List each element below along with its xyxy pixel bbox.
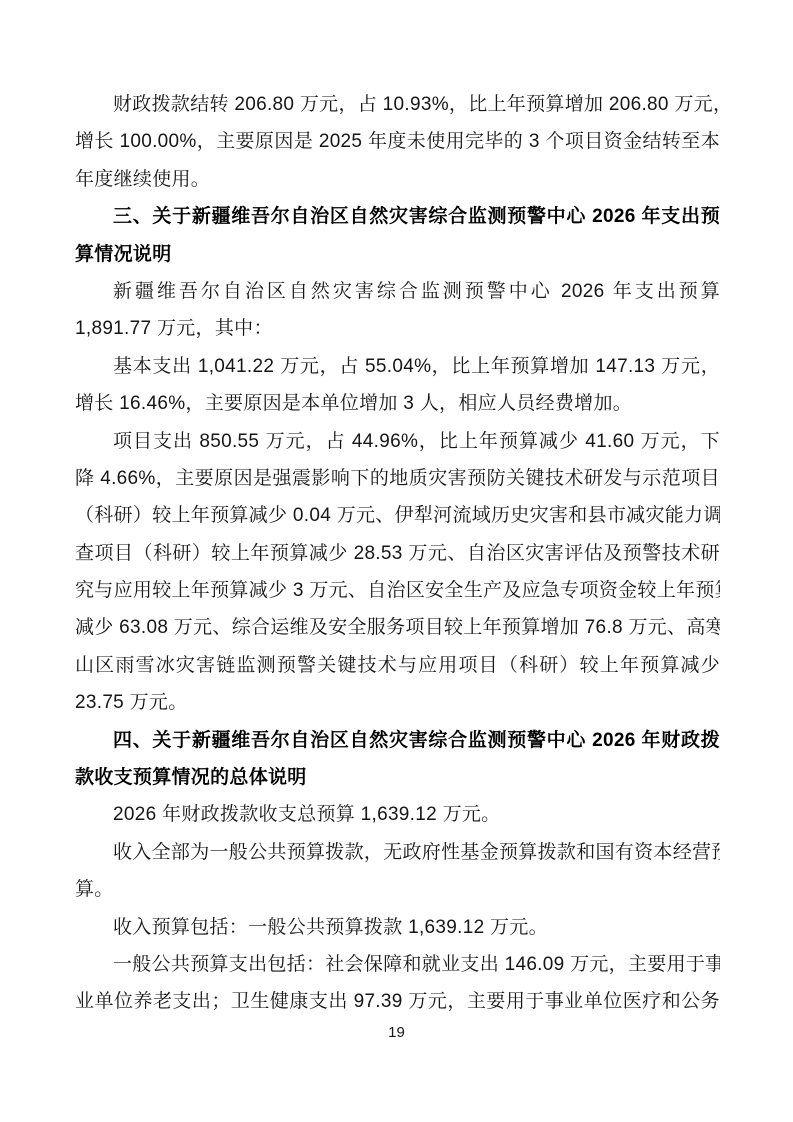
text-line: （科研）较上年预算减少 0.04 万元、伊犁河流域历史灾害和县市减灾能力调 — [75, 497, 720, 534]
text-line: 增长 16.46%，主要原因是本单位增加 3 人，相应人员经费增加。 — [75, 385, 720, 422]
text-line: 基本支出 1,041.22 万元，占 55.04%，比上年预算增加 147.13… — [75, 348, 720, 385]
paragraph: 2026 年财政拨款收支总预算 1,639.12 万元。 — [75, 796, 720, 833]
text-line: 年度继续使用。 — [75, 161, 720, 198]
text-line: 新疆维吾尔自治区自然灾害综合监测预警中心 2026 年支出预算 — [75, 273, 720, 310]
text-line: 减少 63.08 万元、综合运维及安全服务项目较上年预算增加 76.8 万元、高… — [75, 609, 720, 646]
paragraph: 基本支出 1,041.22 万元，占 55.04%，比上年预算增加 147.13… — [75, 348, 720, 423]
text-line: 四、关于新疆维吾尔自治区自然灾害综合监测预警中心 2026 年财政拨 — [75, 722, 720, 759]
text-line: 三、关于新疆维吾尔自治区自然灾害综合监测预警中心 2026 年支出预 — [75, 198, 720, 235]
text-line: 收入全部为一般公共预算拨款，无政府性基金预算拨款和国有资本经营预 — [75, 834, 720, 871]
text-line: 究与应用较上年预算减少 3 万元、自治区安全生产及应急专项资金较上年预算 — [75, 572, 720, 609]
document-body: 财政拨款结转 206.80 万元，占 10.93%，比上年预算增加 206.80… — [75, 86, 720, 1021]
paragraph: 收入全部为一般公共预算拨款，无政府性基金预算拨款和国有资本经营预算。 — [75, 834, 720, 909]
section-heading: 四、关于新疆维吾尔自治区自然灾害综合监测预警中心 2026 年财政拨款收支预算情… — [75, 722, 720, 797]
text-line: 收入预算包括：一般公共预算拨款 1,639.12 万元。 — [75, 909, 720, 946]
paragraph: 项目支出 850.55 万元，占 44.96%，比上年预算减少 41.60 万元… — [75, 423, 720, 722]
paragraph: 收入预算包括：一般公共预算拨款 1,639.12 万元。 — [75, 909, 720, 946]
paragraph: 一般公共预算支出包括：社会保障和就业支出 146.09 万元，主要用于事业单位养… — [75, 946, 720, 1021]
paragraph: 财政拨款结转 206.80 万元，占 10.93%，比上年预算增加 206.80… — [75, 86, 720, 198]
text-line: 业单位养老支出；卫生健康支出 97.39 万元，主要用于事业单位医疗和公务 — [75, 983, 720, 1020]
text-line: 2026 年财政拨款收支总预算 1,639.12 万元。 — [75, 796, 720, 833]
document-page: 财政拨款结转 206.80 万元，占 10.93%，比上年预算增加 206.80… — [0, 0, 793, 1122]
text-line: 一般公共预算支出包括：社会保障和就业支出 146.09 万元，主要用于事 — [75, 946, 720, 983]
text-line: 财政拨款结转 206.80 万元，占 10.93%，比上年预算增加 206.80… — [75, 86, 720, 123]
section-heading: 三、关于新疆维吾尔自治区自然灾害综合监测预警中心 2026 年支出预算情况说明 — [75, 198, 720, 273]
text-line: 查项目（科研）较上年预算减少 28.53 万元、自治区灾害评估及预警技术研 — [75, 535, 720, 572]
text-line: 项目支出 850.55 万元，占 44.96%，比上年预算减少 41.60 万元… — [75, 423, 720, 460]
text-line: 山区雨雪冰灾害链监测预警关键技术与应用项目（科研）较上年预算减少 — [75, 647, 720, 684]
text-line: 23.75 万元。 — [75, 684, 720, 721]
text-line: 增长 100.00%，主要原因是 2025 年度未使用完毕的 3 个项目资金结转… — [75, 123, 720, 160]
paragraph: 新疆维吾尔自治区自然灾害综合监测预警中心 2026 年支出预算1,891.77 … — [75, 273, 720, 348]
text-line: 款收支预算情况的总体说明 — [75, 759, 720, 796]
text-line: 算。 — [75, 871, 720, 908]
text-line: 降 4.66%，主要原因是强震影响下的地质灾害预防关键技术研发与示范项目 — [75, 460, 720, 497]
text-line: 1,891.77 万元，其中： — [75, 310, 720, 347]
page-number: 19 — [0, 1022, 793, 1044]
text-line: 算情况说明 — [75, 236, 720, 273]
